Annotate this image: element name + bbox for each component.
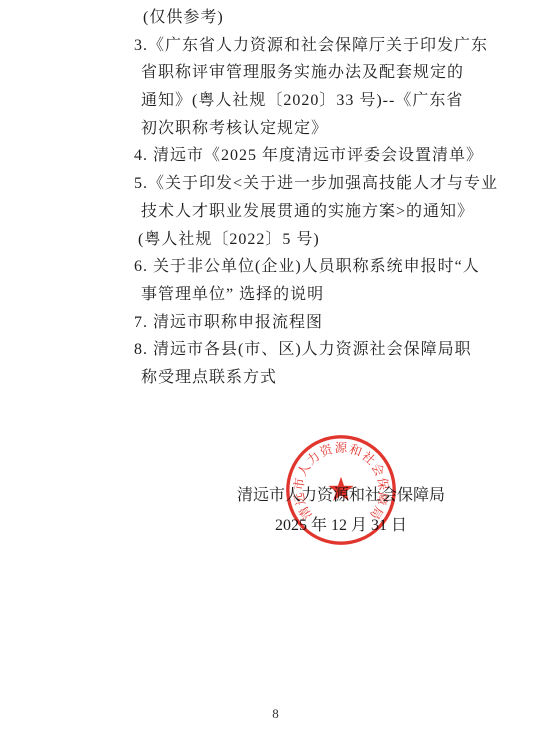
list-line: 7. 清远市职称申报流程图	[0, 309, 551, 337]
list-line: 初次职称考核认定规定》	[0, 115, 551, 143]
list-line: 通知》(粤人社规〔2020〕33 号)--《广东省	[0, 87, 551, 115]
attachment-list: (仅供参考) 3.《广东省人力资源和社会保障厅关于印发广东 省职称评审管理服务实…	[0, 4, 551, 392]
list-line: 事管理单位” 选择的说明	[0, 281, 551, 309]
page-number: 8	[0, 706, 551, 722]
list-line: 6. 关于非公单位(企业)人员职称系统申报时“人	[0, 253, 551, 281]
list-line: 8. 清远市各县(市、区)人力资源社会保障局职	[0, 336, 551, 364]
list-line: 5.《关于印发<关于进一步加强高技能人才与专业	[0, 170, 551, 198]
document-page: (仅供参考) 3.《广东省人力资源和社会保障厅关于印发广东 省职称评审管理服务实…	[0, 0, 551, 750]
list-line: 4. 清远市《2025 年度清远市评委会设置清单》	[0, 142, 551, 170]
list-line: (粤人社规〔2022〕5 号)	[0, 226, 551, 254]
list-line: 技术人才职业发展贯通的实施方案>的通知》	[0, 198, 551, 226]
list-line: 称受理点联系方式	[0, 364, 551, 392]
list-line: 省职称评审管理服务实施办法及配套规定的	[0, 59, 551, 87]
signature-date: 2025 年 12 月 31 日	[166, 512, 516, 539]
signature-organization: 清远市人力资源和社会保障局	[166, 482, 516, 509]
list-line: (仅供参考)	[0, 4, 551, 32]
list-line: 3.《广东省人力资源和社会保障厅关于印发广东	[0, 32, 551, 60]
